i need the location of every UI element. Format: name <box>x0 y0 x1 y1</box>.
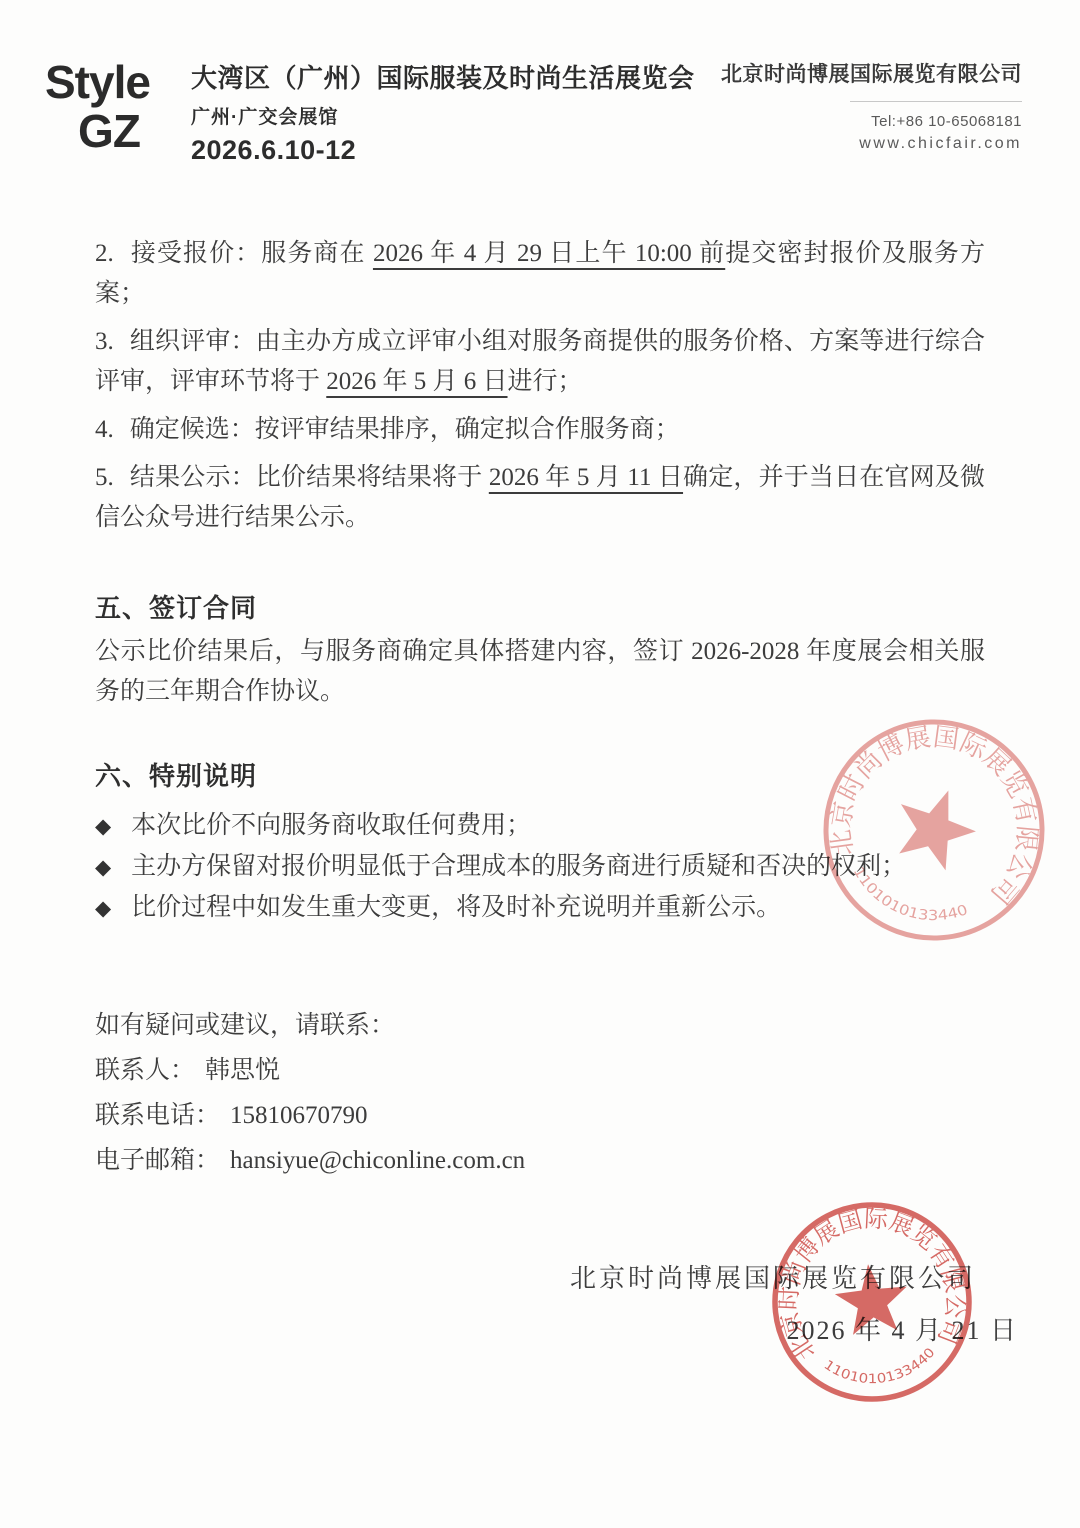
text-segment: 结果公示：比价结果将结果将于 <box>130 464 489 491</box>
underlined-date-text: 2026 年 4 月 29 日上午 10:00 前 <box>373 240 725 267</box>
signature-block: 北京时尚博展国际展览有限公司 2026 年 4 月 21 日 <box>570 1262 1018 1348</box>
list-item-2: 2.接受报价：服务商在 2026 年 4 月 29 日上午 10:00 前提交密… <box>95 234 985 314</box>
letterhead: Style GZ 大湾区（广州）国际服装及时尚生活展览会 广州·广交会展馆 20… <box>45 58 1022 166</box>
document-page: Style GZ 大湾区（广州）国际服装及时尚生活展览会 广州·广交会展馆 20… <box>0 0 1080 1528</box>
contact-person-row: 联系人：韩思悦 <box>95 1048 985 1093</box>
contact-label: 电子邮箱： <box>95 1147 220 1174</box>
contact-label: 联系电话： <box>95 1102 220 1129</box>
organizer-website: www.chicfair.com <box>721 135 1022 153</box>
underlined-date-text: 2026 年 5 月 11 日 <box>489 464 683 491</box>
seal-serial-number: 1101010133440 <box>819 1344 941 1393</box>
list-number: 4. <box>95 416 114 443</box>
bullet-item: ◆本次比价不向服务商收取任何费用； <box>95 806 985 846</box>
list-item-3: 3.组织评审：由主办方成立评审小组对服务商提供的服务价格、方案等进行综合评审，评… <box>95 322 985 402</box>
list-item-text: 组织评审：由主办方成立评审小组对服务商提供的服务价格、方案等进行综合评审，评审环… <box>95 328 985 395</box>
contract-paragraph: 公示比价结果后，与服务商确定具体搭建内容，签订 2026-2028 年度展会相关… <box>95 632 985 712</box>
organizer-phone: Tel:+86 10-65068181 <box>721 113 1022 130</box>
document-body: 2.接受报价：服务商在 2026 年 4 月 29 日上午 10:00 前提交密… <box>95 234 985 1183</box>
contact-label: 联系人： <box>95 1057 195 1084</box>
organizer-info: 北京时尚博展国际展览有限公司 Tel:+86 10-65068181 www.c… <box>721 58 1022 166</box>
contact-phone-number: 15810670790 <box>230 1102 368 1129</box>
section-heading-contract: 五、签订合同 <box>95 590 985 626</box>
contact-phone-row: 联系电话：15810670790 <box>95 1093 985 1138</box>
header-divider <box>850 101 1022 102</box>
section-heading-special-notes: 六、特别说明 <box>95 758 985 794</box>
contact-email-row: 电子邮箱：hansiyue@chiconline.com.cn <box>95 1138 985 1183</box>
event-info: 大湾区（广州）国际服装及时尚生活展览会 广州·广交会展馆 2026.6.10-1… <box>191 58 695 166</box>
list-item-5: 5.结果公示：比价结果将结果将于 2026 年 5 月 11 日确定，并于当日在… <box>95 458 985 538</box>
event-venue: 广州·广交会展馆 <box>191 102 695 129</box>
text-segment: 进行； <box>508 368 583 395</box>
signature-date: 2026 年 4 月 21 日 <box>570 1314 1018 1348</box>
bullet-text: 主办方保留对报价明显低于合理成本的服务商进行质疑和否决的权利； <box>131 847 906 887</box>
contact-intro: 如有疑问或建议，请联系： <box>95 1003 985 1048</box>
list-item-text: 确定候选：按评审结果排序，确定拟合作服务商； <box>130 416 680 443</box>
diamond-bullet-icon: ◆ <box>95 806 111 846</box>
signature-company-name: 北京时尚博展国际展览有限公司 <box>570 1262 976 1296</box>
list-item-text: 接受报价：服务商在 2026 年 4 月 29 日上午 10:00 前提交密封报… <box>95 240 985 307</box>
list-number: 3. <box>95 328 114 355</box>
diamond-bullet-icon: ◆ <box>95 888 111 928</box>
bullet-text: 本次比价不向服务商收取任何费用； <box>131 806 531 846</box>
underlined-date-text: 2026 年 5 月 6 日 <box>326 368 507 395</box>
logo-text-gz: GZ <box>45 107 173 156</box>
bullet-item: ◆主办方保留对报价明显低于合理成本的服务商进行质疑和否决的权利； <box>95 847 985 887</box>
svg-text:1101010133440: 1101010133440 <box>819 1344 941 1393</box>
bullet-text: 比价过程中如发生重大变更，将及时补充说明并重新公示。 <box>131 888 781 928</box>
logo-text-style: Style <box>45 58 173 107</box>
event-dates: 2026.6.10-12 <box>191 135 695 166</box>
event-title: 大湾区（广州）国际服装及时尚生活展览会 <box>191 58 695 95</box>
organizer-company-name: 北京时尚博展国际展览有限公司 <box>721 58 1022 88</box>
contact-person-name: 韩思悦 <box>205 1057 280 1084</box>
list-item-text: 结果公示：比价结果将结果将于 2026 年 5 月 11 日确定，并于当日在官网… <box>95 464 985 531</box>
diamond-bullet-icon: ◆ <box>95 847 111 887</box>
list-item-4: 4.确定候选：按评审结果排序，确定拟合作服务商； <box>95 410 985 450</box>
style-gz-logo: Style GZ <box>45 58 173 166</box>
list-number: 2. <box>95 240 114 267</box>
text-segment: 接受报价：服务商在 <box>130 240 373 267</box>
list-number: 5. <box>95 464 114 491</box>
contact-email-address: hansiyue@chiconline.com.cn <box>230 1147 525 1174</box>
text-segment: 确定候选：按评审结果排序，确定拟合作服务商； <box>130 416 680 443</box>
bullet-item: ◆比价过程中如发生重大变更，将及时补充说明并重新公示。 <box>95 888 985 928</box>
